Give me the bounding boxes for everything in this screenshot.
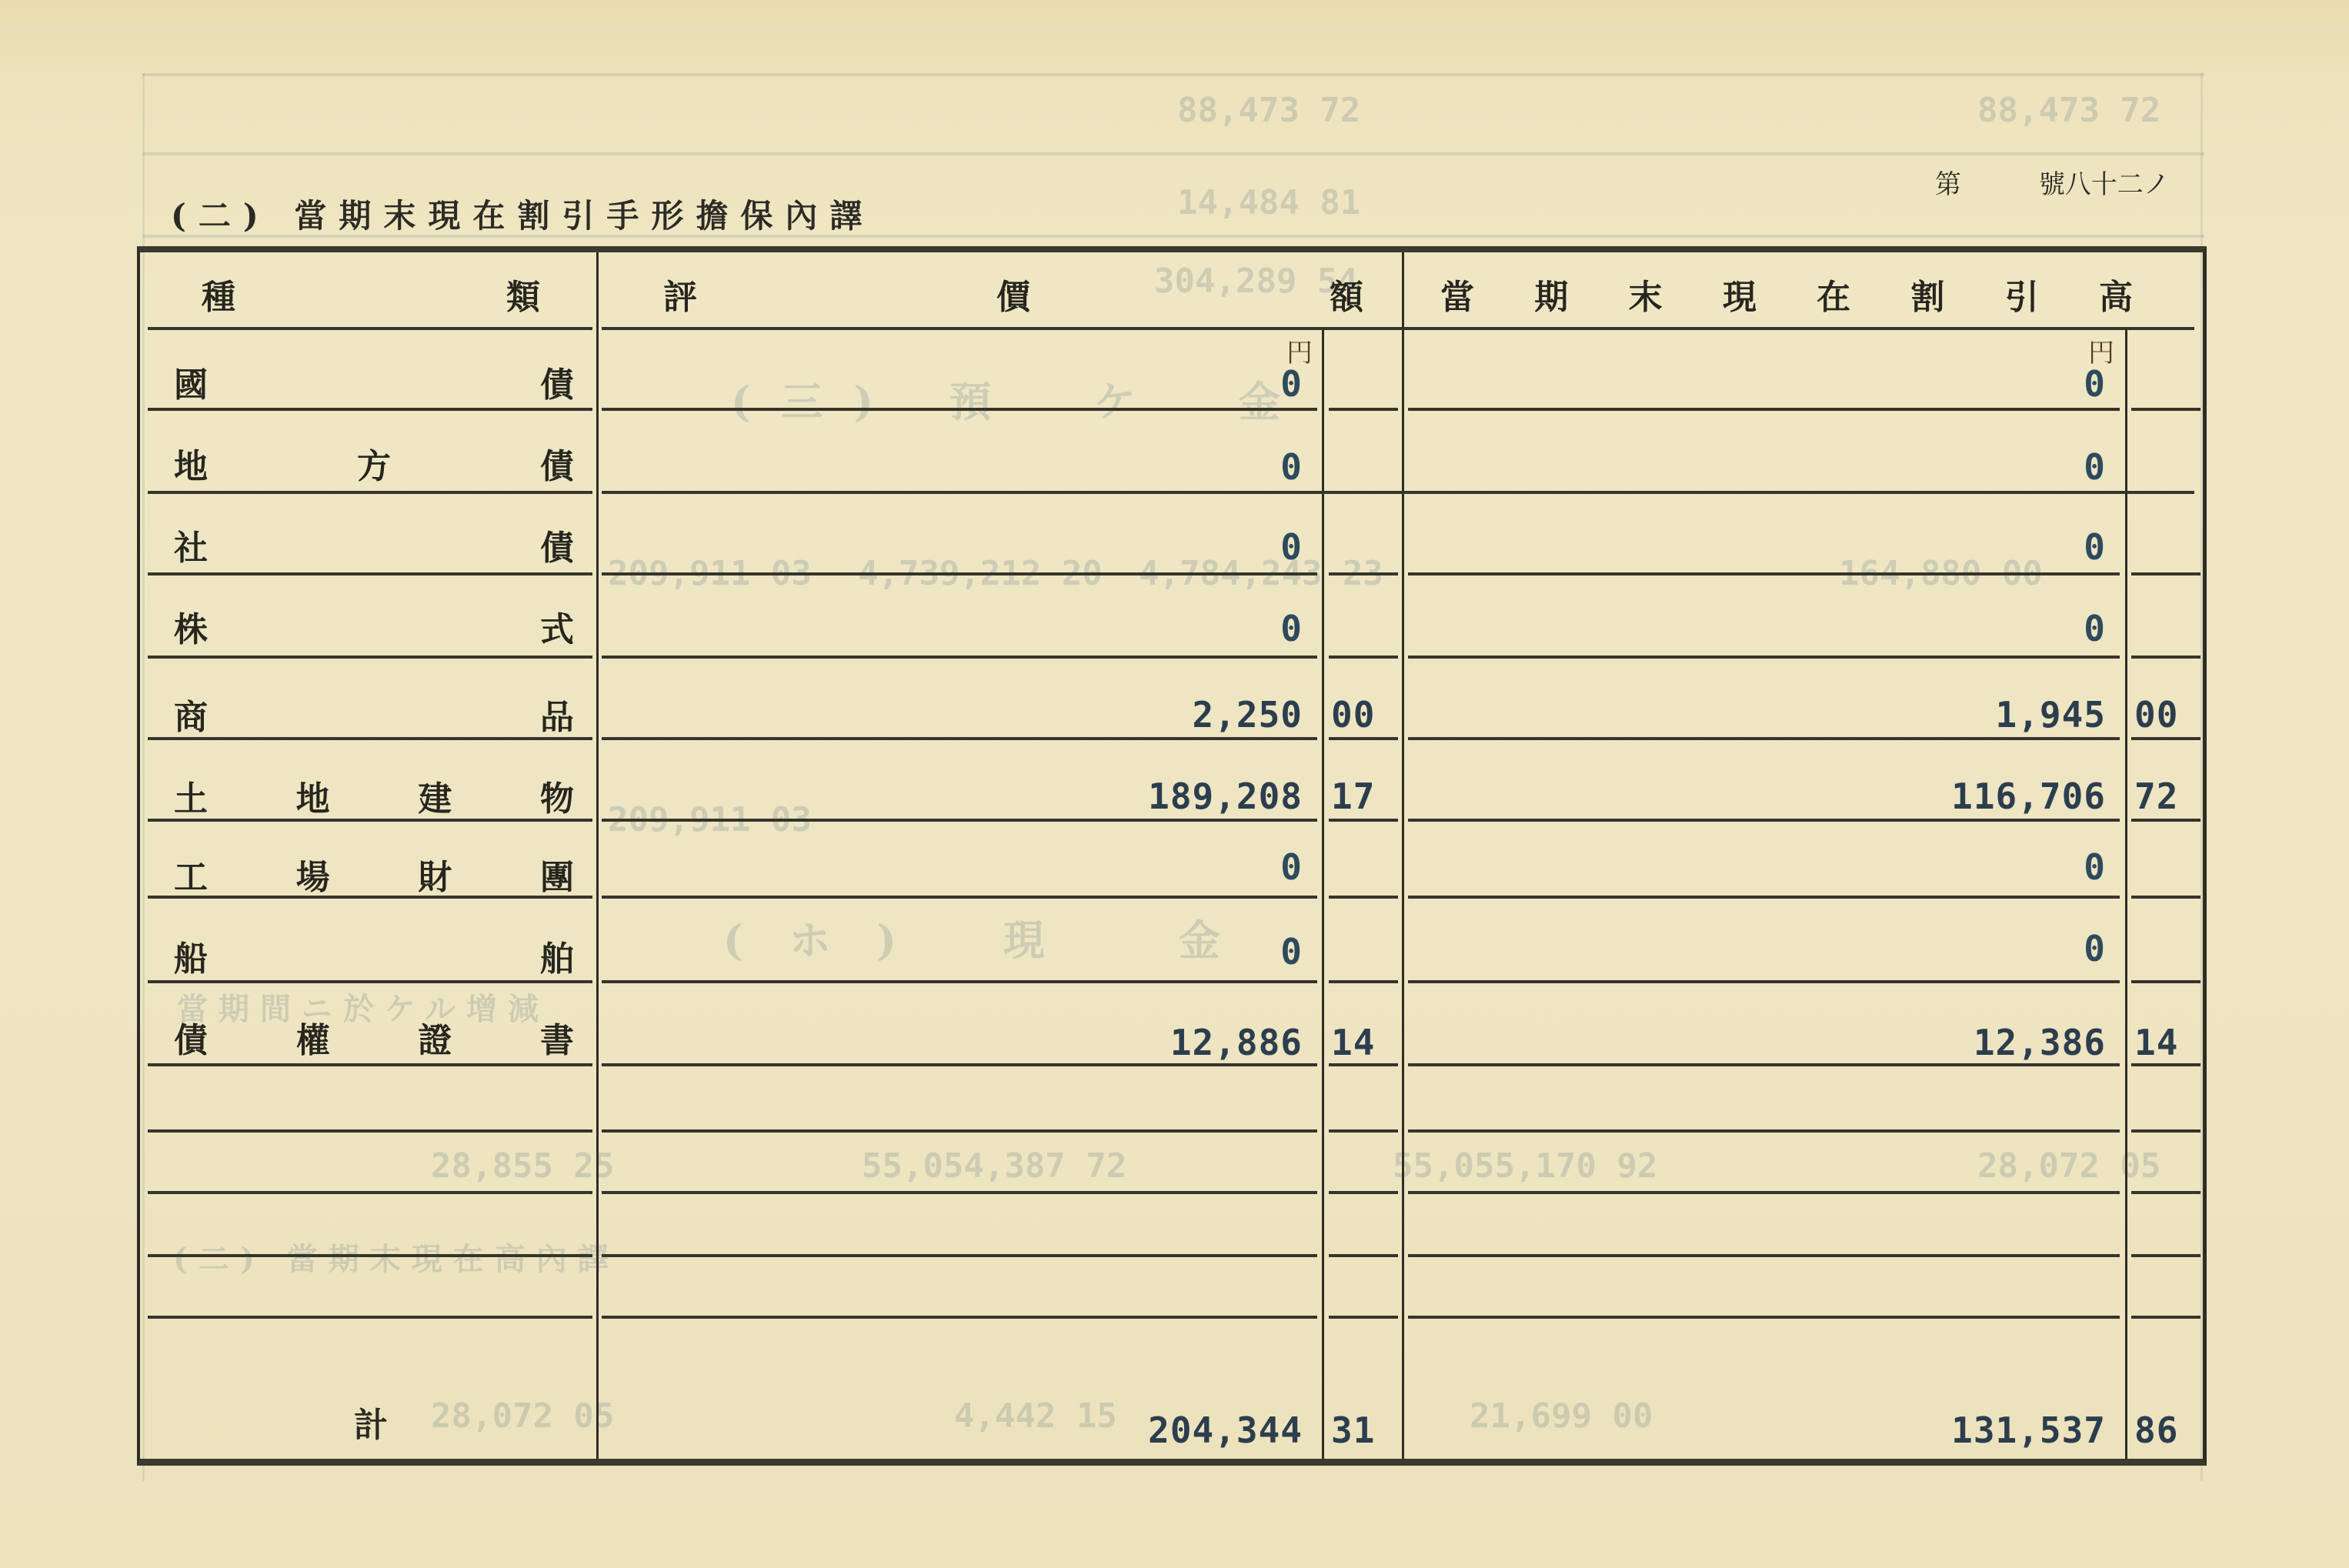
table-row: 社 債 0 0 [140, 492, 2203, 574]
table-row: 工 場 財 團 0 0 [140, 819, 2203, 900]
table-row: 船 舶 0 0 [140, 900, 2203, 982]
valuation-yen: 2,250 [1193, 694, 1303, 736]
row-type: 地 方 債 [174, 439, 574, 488]
valuation-yen: 0 [1280, 846, 1303, 888]
current-sen: 14 [2134, 1022, 2178, 1063]
collateral-breakdown-table: 種 類 評 價 額 當 期 末 現 在 割 引 高 円 円 國 債 0 0 [137, 246, 2207, 1466]
table-row-empty [140, 1254, 2203, 1316]
valuation-sen: 14 [1331, 1022, 1375, 1063]
valuation-yen: 0 [1280, 608, 1303, 649]
row-type: 國 債 [174, 357, 574, 406]
valuation-yen: 0 [1280, 363, 1303, 405]
table-total-row: 計 204,344 31 131,537 86 [140, 1316, 2203, 1466]
row-type: 工 場 財 團 [174, 849, 574, 899]
current-sen: 72 [2134, 776, 2178, 817]
valuation-yen: 12,886 [1170, 1022, 1303, 1063]
total-valuation-yen: 204,344 [1148, 1410, 1303, 1451]
table-row: 商 品 2,250 00 1,945 00 [140, 656, 2203, 737]
total-current-yen: 131,537 [1951, 1410, 2106, 1451]
bleed-through-text: 88,473 72 [1177, 91, 1360, 130]
page-number-value: 號八十二ノ [2039, 169, 2170, 200]
current-yen: 0 [2084, 526, 2106, 568]
bleed-through-text: 88,473 72 [1977, 91, 2160, 130]
current-yen: 1,945 [1996, 694, 2106, 736]
table-row: 國 債 0 0 [140, 329, 2203, 411]
total-label: 計 [354, 1397, 388, 1446]
total-current-sen: 86 [2134, 1410, 2178, 1451]
table-row: 土 地 建 物 189,208 17 116,706 72 [140, 737, 2203, 819]
valuation-yen: 0 [1280, 526, 1303, 568]
table-row: 株 式 0 0 [140, 574, 2203, 656]
valuation-yen: 0 [1280, 931, 1303, 972]
valuation-yen: 0 [1280, 446, 1303, 488]
valuation-yen: 189,208 [1148, 776, 1303, 817]
current-yen: 0 [2084, 928, 2106, 969]
row-type: 船 舶 [174, 931, 574, 980]
row-type: 商 品 [174, 689, 574, 739]
bleed-through-text: 14,484 81 [1177, 183, 1360, 222]
document-title: (二) 當期末現在割引手形擔保內譯 [171, 191, 874, 237]
row-type: 社 債 [174, 520, 574, 569]
table-header-row: 種 類 評 價 額 當 期 末 現 在 割 引 高 [140, 252, 2203, 329]
valuation-sen: 17 [1331, 776, 1375, 817]
valuation-sen: 00 [1331, 694, 1375, 736]
current-yen: 116,706 [1951, 776, 2106, 817]
current-sen: 00 [2134, 694, 2178, 736]
table-row: 債 權 證 書 12,886 14 12,386 14 [140, 982, 2203, 1063]
row-type: 株 式 [174, 602, 574, 651]
current-yen: 0 [2084, 846, 2106, 888]
header-valuation: 評 價 額 [663, 269, 1363, 319]
row-type: 債 權 證 書 [174, 1013, 574, 1062]
header-type: 種 類 [202, 269, 540, 319]
total-valuation-sen: 31 [1331, 1410, 1375, 1451]
page-number-prefix: 第 [1935, 169, 1961, 200]
row-type: 土 地 建 物 [174, 771, 574, 820]
header-current-discount: 當 期 末 現 在 割 引 高 [1440, 269, 2133, 319]
page-number: 第 號八十二ノ [1935, 163, 2170, 201]
current-yen: 0 [2084, 363, 2106, 405]
table-row: 地 方 債 0 0 [140, 411, 2203, 492]
current-yen: 12,386 [1974, 1022, 2106, 1063]
current-yen: 0 [2084, 446, 2106, 488]
current-yen: 0 [2084, 608, 2106, 649]
